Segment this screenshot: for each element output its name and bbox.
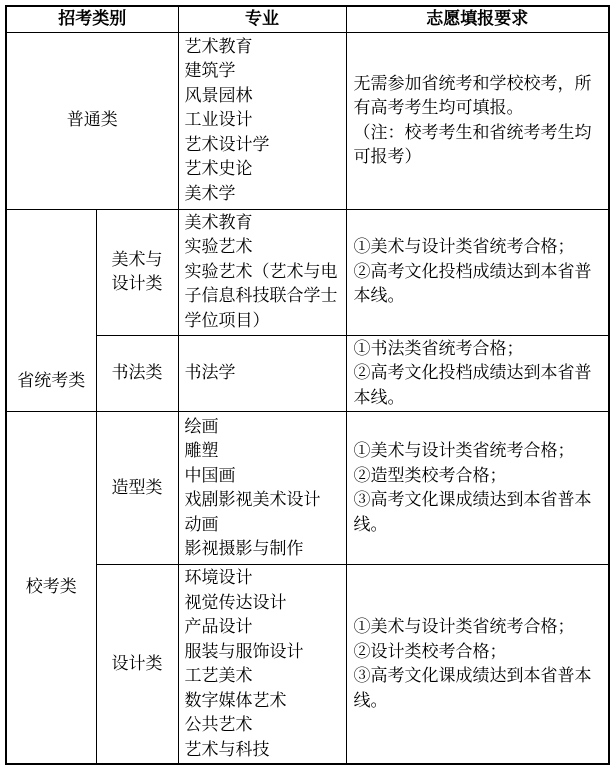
majors-cell-design: 环境设计 视觉传达设计 产品设计 服装与服饰设计 工艺美术 数字媒体艺术 公共艺… [178,565,346,765]
requirements-cell-modeling: ①美术与设计类省统考合格； ②造型类校考合格； ③高考文化课成绩达到本省普本线。 [346,412,609,565]
table-row-school-modeling: 校考类 造型类 绘画 雕塑 中国画 戏剧影视美术设计 动画 影视摄影与制作 ①美… [6,412,609,565]
majors-cell-modeling: 绘画 雕塑 中国画 戏剧影视美术设计 动画 影视摄影与制作 [178,412,346,565]
table-row-general: 普通类 艺术教育 建筑学 风景园林 工业设计 艺术设计学 艺术史论 美术学 无需… [6,32,609,209]
header-cell-requirements: 志愿填报要求 [346,6,609,32]
subcategory-cell-design: 设计类 [96,565,178,765]
subcategory-cell-calligraphy: 书法类 [96,335,178,412]
majors-cell-calligraphy: 书法学 [178,335,346,412]
requirements-cell-design: ①美术与设计类省统考合格； ②设计类校考合格； ③高考文化课成绩达到本省普本线。 [346,565,609,765]
requirements-cell-art-design: ①美术与设计类省统考合格； ②高考文化投档成绩达到本省普本线。 [346,209,609,335]
category-cell-provincial-exam: 省统考类 [6,209,96,412]
admission-categories-table: 招考类别 专业 志愿填报要求 普通类 艺术教育 建筑学 风景园林 工业设计 艺术… [5,5,610,765]
table-row-provincial-art-design: 省统考类 美术与 设计类 美术教育 实验艺术 实验艺术（艺术与电子信息科技联合学… [6,209,609,335]
header-cell-major: 专业 [178,6,346,32]
category-cell-general: 普通类 [6,32,178,209]
category-cell-school-exam: 校考类 [6,412,96,765]
majors-cell-general: 艺术教育 建筑学 风景园林 工业设计 艺术设计学 艺术史论 美术学 [178,32,346,209]
subcategory-cell-art-design: 美术与 设计类 [96,209,178,335]
subcategory-cell-modeling: 造型类 [96,412,178,565]
table-row-calligraphy: 书法类 书法学 ①书法类省统考合格； ②高考文化投档成绩达到本省普本线。 [6,335,609,412]
requirements-cell-general: 无需参加省统考和学校校考，所有高考考生均可填报。 （注：校考考生和省统考考生均可… [346,32,609,209]
table-row-school-design: 设计类 环境设计 视觉传达设计 产品设计 服装与服饰设计 工艺美术 数字媒体艺术… [6,565,609,765]
requirements-cell-calligraphy: ①书法类省统考合格； ②高考文化投档成绩达到本省普本线。 [346,335,609,412]
document-page: 招考类别 专业 志愿填报要求 普通类 艺术教育 建筑学 风景园林 工业设计 艺术… [0,0,614,758]
table-header-row: 招考类别 专业 志愿填报要求 [6,6,609,32]
header-cell-category: 招考类别 [6,6,178,32]
majors-cell-art-design: 美术教育 实验艺术 实验艺术（艺术与电子信息科技联合学士学位项目） [178,209,346,335]
